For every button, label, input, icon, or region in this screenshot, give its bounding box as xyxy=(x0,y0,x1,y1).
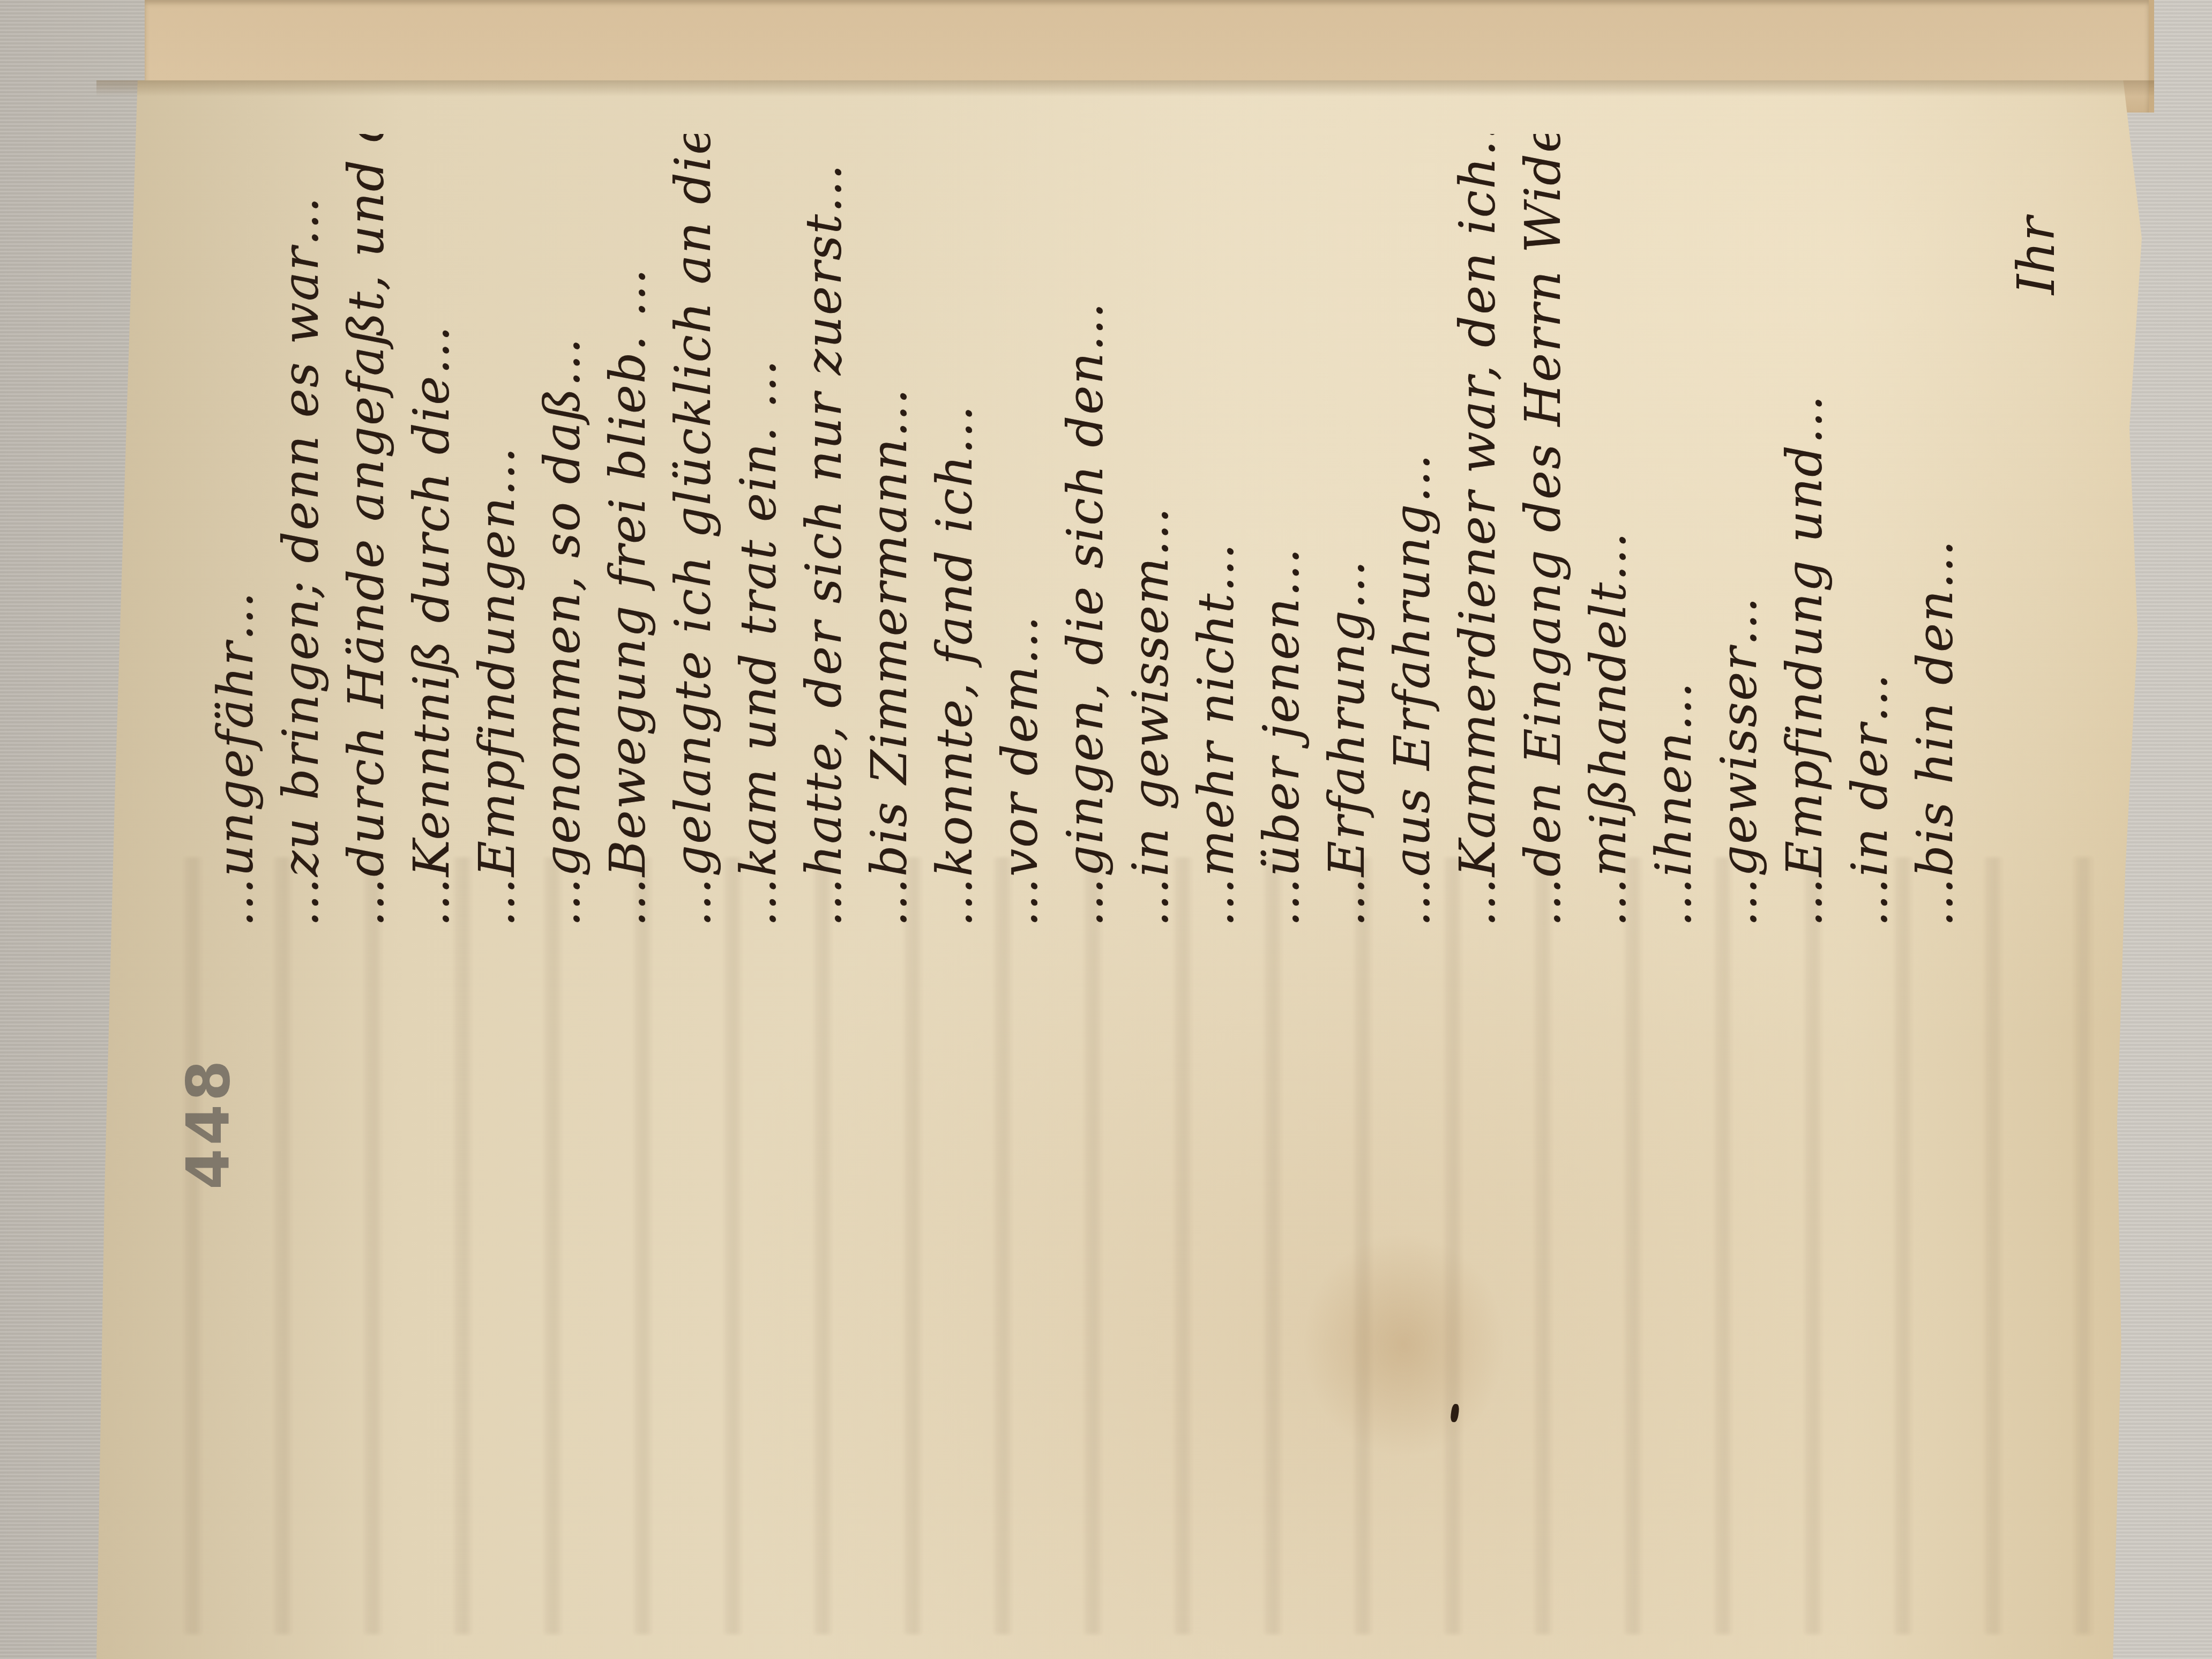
page-fold-shadow xyxy=(96,80,2154,96)
text-line: …genommen, so daß… xyxy=(530,134,595,927)
text-line: …Kenntniß durch die… xyxy=(400,134,464,927)
text-line: …ungefähr… xyxy=(204,134,268,927)
text-line: …hatte, der sich nur zuerst… xyxy=(792,134,856,927)
text-line: …Bewegung frei blieb. … xyxy=(596,134,660,927)
text-line: …Empfindung und… xyxy=(1773,134,1837,927)
text-line: …in der… xyxy=(1838,134,1902,927)
text-line: …konnte, fand ich… xyxy=(923,134,987,927)
text-line: …mißhandelt… xyxy=(1576,134,1641,927)
text-line: …den Eingang des Herrn Widenberg… xyxy=(1511,134,1575,927)
text-line: …durch Hände angefaßt, und die… xyxy=(334,134,399,927)
text-line: …aus Erfahrung… xyxy=(1380,134,1445,927)
text-line: …Kammerdiener war, den ich… xyxy=(1446,134,1510,927)
text-line: …vor dem… xyxy=(988,134,1052,927)
photo-background: …ungefähr… …zu bringen; denn es war… …du… xyxy=(0,0,2212,1659)
text-line: …kam und trat ein. … xyxy=(727,134,791,927)
text-line: …gelangte ich glücklich an die… xyxy=(661,134,726,927)
paper-stain xyxy=(1302,1232,1506,1458)
bleed-through-text xyxy=(129,857,2111,1634)
text-line: …bis hin den… xyxy=(1903,134,1968,927)
page-number: 448 xyxy=(174,1050,238,1190)
handwritten-text-block: …ungefähr… …zu bringen; denn es war… …du… xyxy=(204,113,1972,927)
text-line: …ihnen… xyxy=(1642,134,1706,927)
text-line: …Empfindungen… xyxy=(465,134,529,927)
text-line: …über jenen… xyxy=(1250,134,1314,927)
closing-signature: Ihr xyxy=(2004,102,2068,295)
text-line: …zu bringen; denn es war… xyxy=(269,134,333,927)
text-line: …in gewissem… xyxy=(1119,134,1183,927)
text-line: …Erfahrung… xyxy=(1315,134,1379,927)
text-line: …gewisser… xyxy=(1707,134,1772,927)
text-line: …bis Zimmermann… xyxy=(857,134,922,927)
text-line: …gingen, die sich den… xyxy=(1053,134,1118,927)
text-line: …mehr nicht… xyxy=(1184,134,1249,927)
document-page: …ungefähr… …zu bringen; denn es war… …du… xyxy=(96,80,2154,1659)
